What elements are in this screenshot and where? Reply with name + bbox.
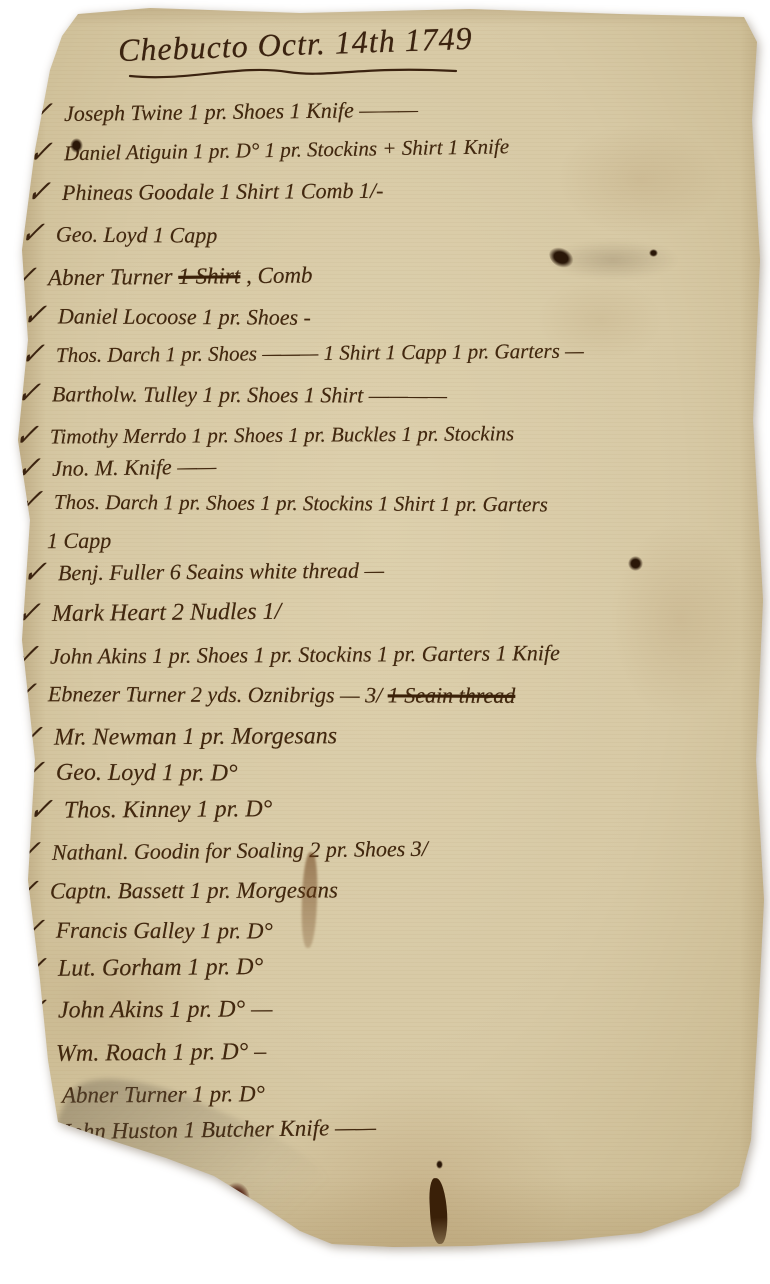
ledger-entry: ✓Thos. Kinney 1 pr. D° xyxy=(30,793,272,825)
ledger-entry: ✓Bartholw. Tulley 1 pr. Shoes 1 Shirt ——… xyxy=(18,378,447,409)
checkmark-icon: ✓ xyxy=(10,674,39,712)
aged-paper-background: Chebucto Octr. 14th 1749 ✓Joseph Twine 1… xyxy=(0,0,770,1247)
ledger-entry: ✓Lut. Gorham 1 pr. D° xyxy=(24,951,263,983)
entry-text: 1 Capp xyxy=(47,528,111,553)
ledger-entry: ✓Benj. Fuller 6 Seains white thread — xyxy=(24,554,384,587)
ledger-entry: ✓Francis Galley 1 pr. D° xyxy=(22,915,273,946)
ink-blot xyxy=(436,1160,443,1169)
checkmark-icon: ✓ xyxy=(10,259,39,297)
checkmark-icon: ✓ xyxy=(18,1034,47,1072)
entry-text: Benj. Fuller 6 Seains white thread — xyxy=(58,557,384,585)
entry-text: Bartholw. Tulley 1 pr. Shoes 1 Shirt ———… xyxy=(52,381,447,407)
entry-text: Captn. Bassett 1 pr. Morgesans xyxy=(50,877,338,903)
checkmark-icon: ✓ xyxy=(14,833,43,871)
entry-list: ✓Joseph Twine 1 pr. Shoes 1 Knife ——— ✓D… xyxy=(0,0,770,1247)
checkmark-icon: ✓ xyxy=(20,554,49,592)
entry-text: Francis Galley 1 pr. D° xyxy=(56,918,273,944)
checkmark-icon: ✓ xyxy=(24,1076,53,1114)
entry-text: Ebnezer Turner 2 yds. Oznibrigs — 3/ xyxy=(48,681,388,707)
ledger-entry: ✓Captn. Bassett 1 pr. Morgesans xyxy=(16,874,338,905)
ledger-entry: ✓Daniel Locoose 1 pr. Shoes - xyxy=(24,300,311,332)
checkmark-icon: ✓ xyxy=(14,375,43,413)
ledger-entry: ✓Geo. Loyd 1 Capp xyxy=(22,218,217,249)
ledger-entry: ✓John Akins 1 pr. D° — xyxy=(24,993,273,1024)
checkmark-icon: ✓ xyxy=(26,94,54,132)
checkmark-icon: ✓ xyxy=(18,335,47,373)
checkmark-icon: ✓ xyxy=(18,911,47,949)
entry-text: Daniel Atiguin 1 pr. D° 1 pr. Stockins +… xyxy=(64,134,509,165)
checkmark-icon: ✓ xyxy=(24,173,53,211)
checkmark-icon: ✓ xyxy=(20,297,49,335)
entry-text-after: , Comb xyxy=(240,262,312,288)
checkmark-icon: ✓ xyxy=(20,991,49,1029)
ledger-entry: ✓Jno. M. Knife —— xyxy=(18,451,217,484)
entry-text: Phineas Goodale 1 Shirt 1 Comb 1/- xyxy=(62,178,384,205)
ledger-entry: ✓Geo. Loyd 1 pr. D° xyxy=(22,756,238,787)
entry-text: Abner Turner xyxy=(48,264,179,290)
checkmark-icon: ✓ xyxy=(16,482,45,520)
ledger-entry: ✓Abner Turner 1 Shirt , Comb xyxy=(14,259,313,292)
entry-text: John Akins 1 pr. Shoes 1 pr. Stockins 1 … xyxy=(50,640,560,669)
entry-text: Daniel Locoose 1 pr. Shoes - xyxy=(58,303,311,329)
checkmark-icon: ✓ xyxy=(14,594,43,632)
ledger-entry: ✓Joseph Twine 1 pr. Shoes 1 Knife ——— xyxy=(30,94,418,129)
entry-text: Thos. Darch 1 pr. Shoes ——— 1 Shirt 1 Ca… xyxy=(56,339,584,368)
checkmark-icon: ✓ xyxy=(18,753,47,791)
ledger-entry: 1 Capp xyxy=(34,528,111,554)
entry-text: Thos. Kinney 1 pr. D° xyxy=(64,796,272,823)
entry-text: John Akins 1 pr. D° — xyxy=(58,996,273,1023)
entry-text: Mr. Newman 1 pr. Morgesans xyxy=(54,723,337,750)
checkmark-icon: ✓ xyxy=(16,718,45,756)
checkmark-icon: ✓ xyxy=(26,791,55,829)
ledger-entry: ✓John Akins 1 pr. Shoes 1 pr. Stockins 1… xyxy=(16,637,560,671)
entry-text: Mark Heart 2 Nudles 1/ xyxy=(52,599,282,627)
ledger-entry: ✓Timothy Merrdo 1 pr. Shoes 1 pr. Buckle… xyxy=(16,417,514,450)
ledger-entry: ✓Ebnezer Turner 2 yds. Oznibrigs — 3/ 1 … xyxy=(14,678,515,710)
checkmark-icon: ✓ xyxy=(20,949,49,987)
ledger-entry: ✓Thos. Darch 1 pr. Shoes 1 pr. Stockins … xyxy=(20,486,548,519)
checkmark-icon: ✓ xyxy=(12,637,41,675)
manuscript-page: Chebucto Octr. 14th 1749 ✓Joseph Twine 1… xyxy=(0,0,770,1247)
checkmark-icon: ✓ xyxy=(18,215,47,253)
entry-text-struck: 1 Seain thread xyxy=(388,682,516,707)
ledger-entry: ✓Phineas Goodale 1 Shirt 1 Comb 1/- xyxy=(28,175,384,207)
entry-text: Geo. Loyd 1 pr. D° xyxy=(56,760,238,787)
ledger-entry: ✓Nathanl. Goodin for Soaling 2 pr. Shoes… xyxy=(18,833,428,867)
ink-blot xyxy=(649,249,658,257)
ledger-entry: ✓Wm. Roach 1 pr. D° – xyxy=(22,1036,267,1069)
entry-text: Lut. Gorham 1 pr. D° xyxy=(58,954,263,982)
ledger-entry: ✓Mark Heart 2 Nudles 1/ xyxy=(18,596,282,629)
entry-text: Thos. Darch 1 pr. Shoes 1 pr. Stockins 1… xyxy=(54,490,548,517)
ledger-entry: ✓Thos. Darch 1 pr. Shoes ——— 1 Shirt 1 C… xyxy=(22,335,584,370)
entry-text: Joseph Twine 1 pr. Shoes 1 Knife ——— xyxy=(64,97,418,126)
checkmark-icon: ✓ xyxy=(26,134,54,172)
ledger-entry: ✓Daniel Atiguin 1 pr. D° 1 pr. Stockins … xyxy=(30,130,509,168)
entry-text: Jno. M. Knife —— xyxy=(52,454,217,481)
ledger-entry: ✓Mr. Newman 1 pr. Morgesans xyxy=(20,720,337,752)
entry-text: Timothy Merrdo 1 pr. Shoes 1 pr. Buckles… xyxy=(50,421,514,448)
entry-text: Geo. Loyd 1 Capp xyxy=(56,222,217,248)
entry-text: Nathanl. Goodin for Soaling 2 pr. Shoes … xyxy=(52,836,428,865)
checkmark-icon: ✓ xyxy=(12,872,41,910)
entry-text-struck: 1 Shirt xyxy=(178,263,240,289)
entry-text: Wm. Roach 1 pr. D° – xyxy=(56,1039,267,1067)
